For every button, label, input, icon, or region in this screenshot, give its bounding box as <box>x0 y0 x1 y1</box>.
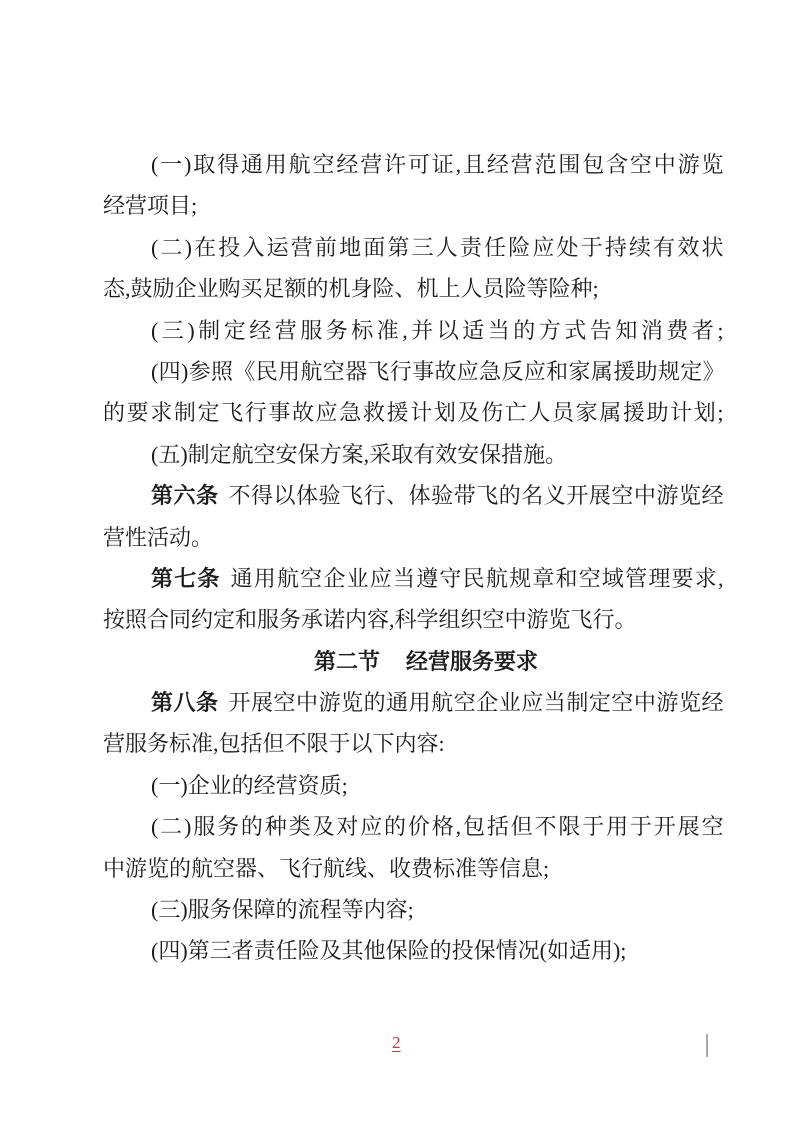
page-number: 2 <box>392 1031 401 1055</box>
line-text: (四)参照《民用航空器飞行事故应急反应和家属援助规定》 <box>151 359 723 384</box>
line-text: 通用航空企业应当遵守民航规章和空域管理要求, <box>231 566 723 591</box>
article-8-item-2-line-1: (二)服务的种类及对应的价格,包括但不限于用于开展空 <box>103 806 723 847</box>
article-number: 第六条 <box>151 483 219 508</box>
document-page: (一)取得通用航空经营许可证,且经营范围包含空中游览 经营项目; (二)在投入运… <box>0 0 793 1122</box>
item-2-line-2: 态,鼓励企业购买足额的机身险、机上人员险等险种; <box>103 268 723 309</box>
article-8-item-3: (三)服务保障的流程等内容; <box>103 889 723 930</box>
article-6-line-1: 第六条不得以体验飞行、体验带飞的名义开展空中游览经 <box>103 475 723 516</box>
item-2-line-1: (二)在投入运营前地面第三人责任险应处于持续有效状 <box>103 227 723 268</box>
article-6-line-2: 营性活动。 <box>103 517 723 558</box>
article-8-item-4: (四)第三者责任险及其他保险的投保情况(如适用); <box>103 930 723 971</box>
line-text: (五)制定航空安保方案,采取有效安保措施。 <box>151 442 567 467</box>
section-2-heading: 第二节经营服务要求 <box>103 641 723 682</box>
item-1-line-1: (一)取得通用航空经营许可证,且经营范围包含空中游览 <box>103 144 723 185</box>
line-text: 按照合同约定和服务承诺内容,科学组织空中游览飞行。 <box>103 607 637 632</box>
line-text: (二)在投入运营前地面第三人责任险应处于持续有效状 <box>151 235 723 260</box>
item-4-line-1: (四)参照《民用航空器飞行事故应急反应和家属援助规定》 <box>103 351 723 392</box>
article-8-line-1: 第八条开展空中游览的通用航空企业应当制定空中游览经 <box>103 682 723 723</box>
item-5: (五)制定航空安保方案,采取有效安保措施。 <box>103 434 723 475</box>
article-7-line-2: 按照合同约定和服务承诺内容,科学组织空中游览飞行。 <box>103 599 723 640</box>
article-7-line-1: 第七条通用航空企业应当遵守民航规章和空域管理要求, <box>103 558 723 599</box>
line-text: 不得以体验飞行、体验带飞的名义开展空中游览经 <box>228 483 723 508</box>
line-text: (三)制定经营服务标准,并以适当的方式告知消费者; <box>151 318 723 343</box>
item-3: (三)制定经营服务标准,并以适当的方式告知消费者; <box>103 310 723 351</box>
caret-mark <box>706 1034 708 1057</box>
line-text: (一)企业的经营资质; <box>151 773 348 798</box>
line-text: (二)服务的种类及对应的价格,包括但不限于用于开展空 <box>151 814 723 839</box>
article-8-item-2-line-2: 中游览的航空器、飞行航线、收费标准等信息; <box>103 848 723 889</box>
line-text: 营性活动。 <box>103 525 213 550</box>
section-number: 第二节 <box>314 649 380 674</box>
article-8-line-2: 营服务标准,包括但不限于以下内容: <box>103 723 723 764</box>
article-number: 第七条 <box>151 566 221 591</box>
document-body: (一)取得通用航空经营许可证,且经营范围包含空中游览 经营项目; (二)在投入运… <box>103 144 723 972</box>
line-text: (四)第三者责任险及其他保险的投保情况(如适用); <box>151 938 626 963</box>
line-text: 经营项目; <box>103 193 197 218</box>
line-text: (三)服务保障的流程等内容; <box>151 897 414 922</box>
section-title: 经营服务要求 <box>406 649 538 674</box>
item-4-line-2: 的要求制定飞行事故应急救援计划及伤亡人员家属援助计划; <box>103 392 723 433</box>
line-text: 中游览的航空器、飞行航线、收费标准等信息; <box>103 856 549 881</box>
line-text: 营服务标准,包括但不限于以下内容: <box>103 731 445 756</box>
article-number: 第八条 <box>151 690 219 715</box>
item-1-line-2: 经营项目; <box>103 185 723 226</box>
article-8-item-1: (一)企业的经营资质; <box>103 765 723 806</box>
line-text: 态,鼓励企业购买足额的机身险、机上人员险等险种; <box>103 276 599 301</box>
line-text: 的要求制定飞行事故应急救援计划及伤亡人员家属援助计划; <box>103 400 723 425</box>
line-text: 开展空中游览的通用航空企业应当制定空中游览经 <box>228 690 723 715</box>
line-text: (一)取得通用航空经营许可证,且经营范围包含空中游览 <box>151 152 723 177</box>
